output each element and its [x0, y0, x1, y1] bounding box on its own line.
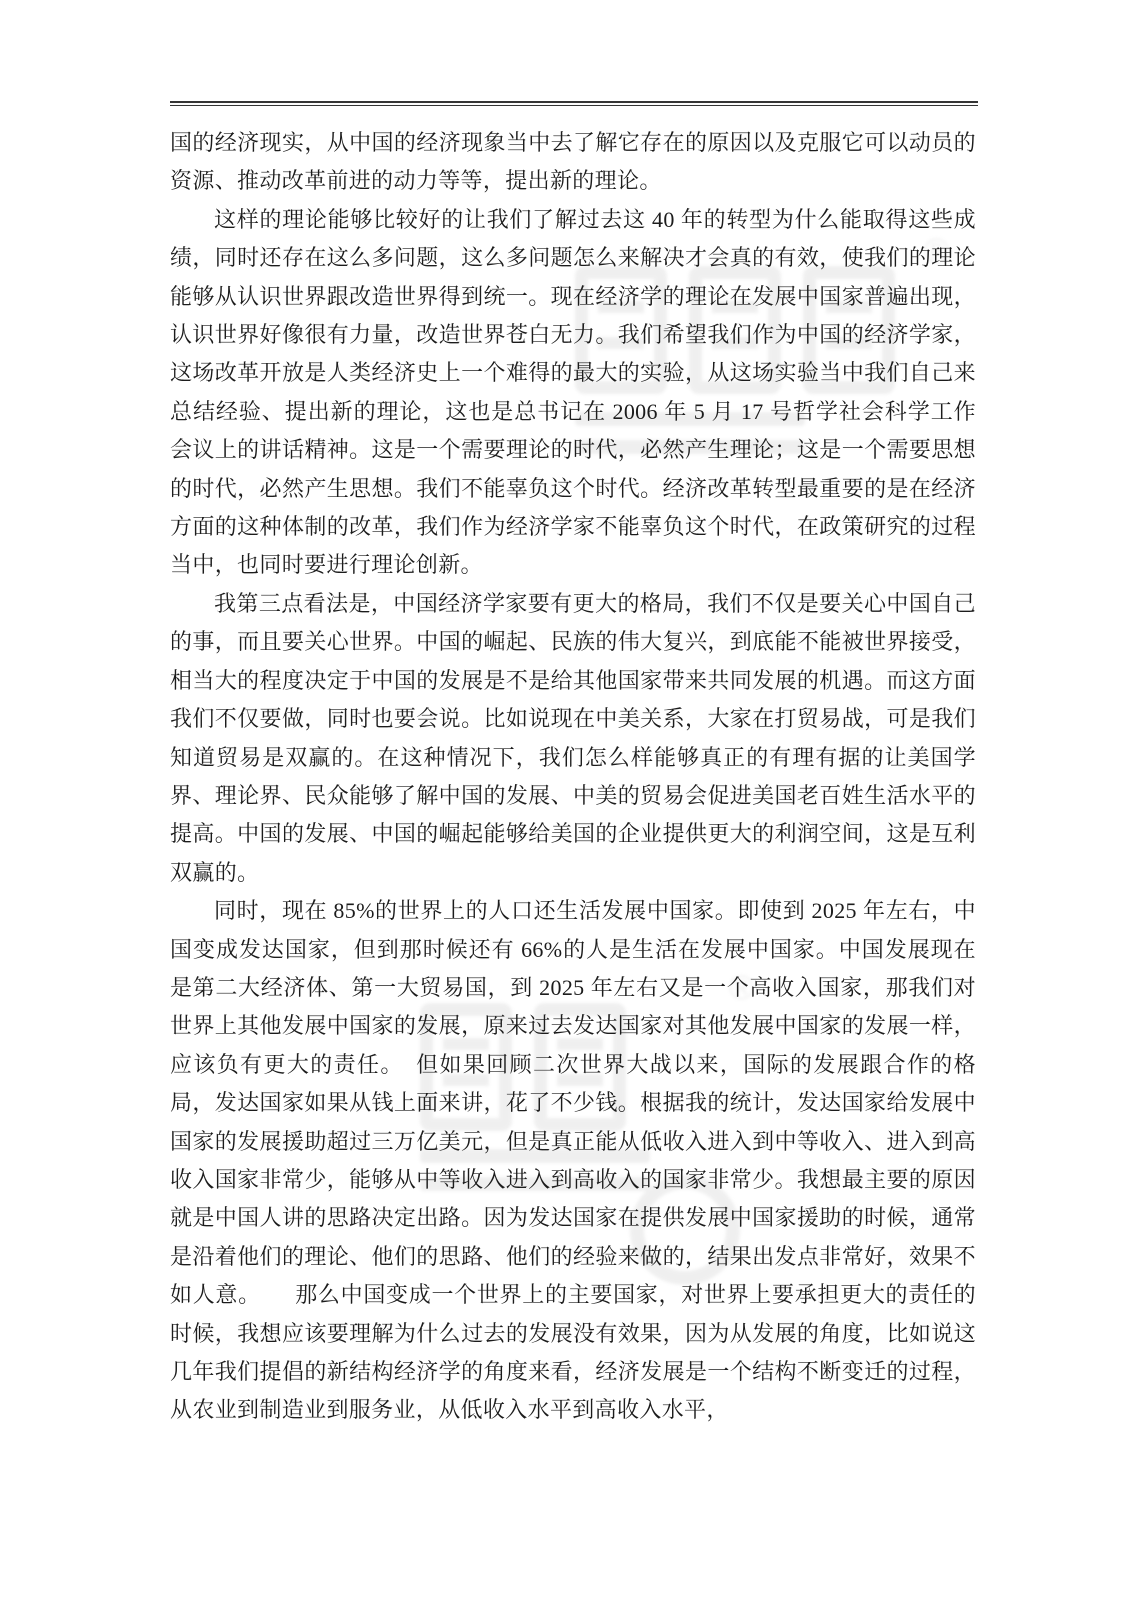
header-rule — [170, 101, 978, 106]
body-paragraph: 我第三点看法是，中国经济学家要有更大的格局，我们不仅是要关心中国自己的事，而且要… — [170, 585, 976, 892]
body-paragraph: 国的经济现实，从中国的经济现象当中去了解它存在的原因以及克服它可以动员的资源、推… — [170, 124, 976, 201]
body-paragraph: 这样的理论能够比较好的让我们了解过去这 40 年的转型为什么能取得这些成绩，同时… — [170, 201, 976, 585]
page-body: 国的经济现实，从中国的经济现象当中去了解它存在的原因以及克服它可以动员的资源、推… — [170, 124, 976, 1430]
document-page: ® ® 国的经济现实，从中国的经济现象当中去了解它存在的原因以及克服它可以动员的… — [0, 0, 1131, 1600]
body-paragraph: 同时，现在 85%的世界上的人口还生活发展中国家。即使到 2025 年左右，中国… — [170, 892, 976, 1430]
